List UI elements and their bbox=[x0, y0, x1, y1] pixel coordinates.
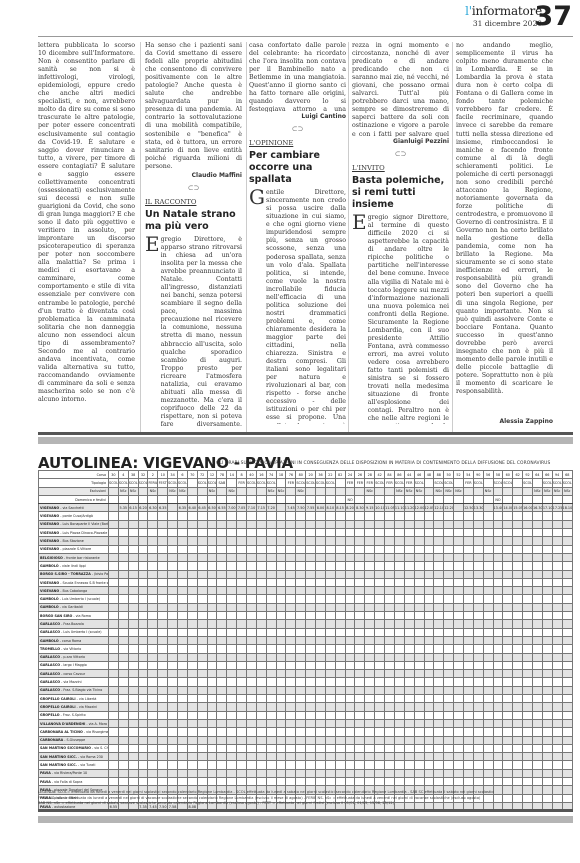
stop-name: GARLASCO - largo I Maggio bbox=[39, 661, 109, 669]
article-text: Ha senso che i pazienti sani da Covid sm… bbox=[145, 42, 242, 171]
timetable-stop-row: GARLASCO - Luis Umberto I (scuole) bbox=[39, 628, 573, 636]
section-band bbox=[38, 816, 573, 823]
stop-name: CARBONARA AL TICINO - via Risorgimento bbox=[39, 728, 109, 736]
timetable-stop-row: PAVIA - via Riviera/Ponte 10 bbox=[39, 769, 573, 777]
row-label: Esclusioni bbox=[39, 487, 109, 495]
stop-name: VIGEVANO - Luis Bonaparte Il Viale (Barb… bbox=[39, 520, 109, 528]
divider-ornament-icon: ⊂⊃ bbox=[352, 150, 449, 158]
timetable-stop-row: VIGEVANO - Bus Stazione bbox=[39, 537, 573, 545]
column-divider bbox=[140, 42, 141, 432]
stop-name: VIGEVANO - Bus Cabalonga bbox=[39, 587, 109, 595]
section-kicker: L'OPINIONE bbox=[249, 139, 346, 147]
divider-ornament-icon: ⊂⊃ bbox=[145, 184, 242, 192]
dropcap: E bbox=[352, 214, 367, 230]
timetable-header-row: TipologiaSCOLSCOLSCOLSCOLFERIALEFESTSCOL… bbox=[39, 479, 573, 487]
author-signature: Alessia Zappino bbox=[456, 418, 553, 426]
header-divider bbox=[38, 36, 573, 37]
stop-name: GARLASCO - Fraz. S.Biagio via Ticino bbox=[39, 686, 109, 694]
timetable-stop-row: VIGEVANO - Luis Piazza Dinaco-Piazzale V… bbox=[39, 529, 573, 537]
section-band bbox=[38, 437, 573, 444]
dropcap: E bbox=[145, 236, 160, 252]
bus-timetable: Corsa30438322103467072127814840167418768… bbox=[38, 470, 573, 811]
stop-name: SAN MARTINO SICCOMARIO - via S. Chiara bbox=[39, 744, 109, 752]
timetable-stop-row: GARLASCO - Fraz.Bozzola bbox=[39, 620, 573, 628]
stop-name: BORGO SAN SIRO - via Roma bbox=[39, 612, 109, 620]
article-cantino-col: casa confortato dalle parole del celebra… bbox=[249, 42, 346, 424]
timetable-stop-row: GARLASCO - via Mazzini bbox=[39, 678, 573, 686]
section-kicker: IL RACCONTO bbox=[145, 198, 242, 206]
timetable-stop-row: GAMBOLÒ - corso Roma bbox=[39, 636, 573, 644]
section-rule bbox=[38, 809, 573, 812]
timetable-stop-row: GROPELLO - Fraz. S.Spirito bbox=[39, 711, 573, 719]
stop-name: TROMELLO - via Vittorio bbox=[39, 645, 109, 653]
stop-name: CARBONARA - S.Giuseppe bbox=[39, 736, 109, 744]
stop-name: BORGO S.SIRO - TORRAZZA - (bivio Pavia) bbox=[39, 570, 109, 578]
stop-name: PAVIA - via Folla di Sopra bbox=[39, 777, 109, 785]
column-divider bbox=[348, 42, 349, 432]
timetable-stop-row: SAN MARTINO SICCOMARIO - via S. Chiara bbox=[39, 744, 573, 752]
timetable-stop-row: VIGEVANO - ponte Cusa/Ardigò bbox=[39, 512, 573, 520]
article-maffini-col2: Ha senso che i pazienti sani da Covid sm… bbox=[145, 42, 242, 426]
timetable-stop-row: BORGO SAN SIRO - via Roma bbox=[39, 612, 573, 620]
timetable-stop-row: GROPELLO CAIROLI - via Mazzini bbox=[39, 703, 573, 711]
timetable-stop-row: GARLASCO - largo I Maggio bbox=[39, 661, 573, 669]
timetable-stop-row: CARBONARA AL TICINO - via Risorgimento bbox=[39, 728, 573, 736]
timetable-stop-row: BELGIOIOSO - fronte bar ristorante bbox=[39, 553, 573, 561]
timetable-stop-row: BORGO S.SIRO - TORRAZZA - (bivio Pavia) bbox=[39, 570, 573, 578]
timetable-stop-row: GROPELLO CAIROLI - via Libertà bbox=[39, 695, 573, 703]
article-headline: Un Natale strano ma più vero bbox=[145, 209, 242, 233]
stop-name: VILLANOVA D'ARDENGHI - via A. Moro bbox=[39, 719, 109, 727]
article-text: lettera pubblicata lo scorso 10 dicembre… bbox=[38, 42, 135, 404]
stop-name: GARLASCO - Luis Umberto I (scuole) bbox=[39, 628, 109, 636]
article-text: no andando meglio, semplicemente il viru… bbox=[456, 42, 553, 417]
timetable-stop-row: VIGEVANO - Scuola Ennezzo S.B fronte scu… bbox=[39, 578, 573, 586]
stop-name: VIGEVANO - via Sacchetti bbox=[39, 504, 109, 512]
stop-name: GARLASCO - corso Cavour bbox=[39, 670, 109, 678]
stop-name: VIGEVANO - Bus Stazione bbox=[39, 537, 109, 545]
timetable-stop-row: GARLASCO - Fraz. S.Biagio via Ticino bbox=[39, 686, 573, 694]
article-zappino-col: no andando meglio, semplicemente il viru… bbox=[456, 42, 553, 426]
timetable-stop-row: TROMELLO - via Vittorio bbox=[39, 645, 573, 653]
stop-name: GARLASCO - via Mazzini bbox=[39, 678, 109, 686]
timetable-stop-row: GARLASCO - corso Cavour bbox=[39, 670, 573, 678]
timetable-stop-row: GAMBOLÒ - via Garibaldi bbox=[39, 603, 573, 611]
timetable-stop-row: SAN MARTINO SICC. - via Roma 230 bbox=[39, 753, 573, 761]
stop-name: PAVIA - via Riviera/Ponte 10 bbox=[39, 769, 109, 777]
stop-name: VIGEVANO - ponte Cusa/Ardigò bbox=[39, 512, 109, 520]
timetable-stop-row: VIGEVANO - Bus Cabalonga bbox=[39, 587, 573, 595]
stop-name: GAMBOLÒ - via Garibaldi bbox=[39, 603, 109, 611]
stop-name: GAMBOLÒ - viale lindi lippi bbox=[39, 562, 109, 570]
article-body: Egregio signor Direttore, al termine di … bbox=[352, 214, 449, 424]
stop-name: GAMBOLÒ - corso Roma bbox=[39, 636, 109, 644]
timetable-header-row: Corsa30438322103467072127814840167418768… bbox=[39, 471, 573, 479]
timetable-legend: LEGENDA: SCOL= effettuata da lunedì a ve… bbox=[38, 790, 578, 807]
article-body: Egregio Direttore, è apparso strano ritr… bbox=[145, 236, 242, 426]
stop-name: GROPELLO - Fraz. S.Spirito bbox=[39, 711, 109, 719]
article-text: rezza in ogni momento e circostanza, non… bbox=[352, 42, 449, 137]
stop-name: BELGIOIOSO - fronte bar ristorante bbox=[39, 553, 109, 561]
row-label: Tipologia bbox=[39, 479, 109, 487]
timetable-header-row: Domenica e festiviNONO bbox=[39, 495, 573, 503]
timetable-stop-row: GARLASCO - p.zza Vittorio bbox=[39, 653, 573, 661]
page-number: 37 bbox=[534, 2, 572, 32]
article-maffini-col1: lettera pubblicata lo scorso 10 dicembre… bbox=[38, 42, 135, 404]
stop-name: GARLASCO - p.zza Vittorio bbox=[39, 653, 109, 661]
issue-date: 31 dicembre 2020 bbox=[473, 19, 542, 28]
article-headline: Basta polemiche, si remi tutti insieme bbox=[352, 175, 449, 211]
row-label: Domenica e festivi bbox=[39, 495, 109, 503]
article-pezzini-col: rezza in ogni momento e circostanza, non… bbox=[352, 42, 449, 424]
author-signature: Luigi Cantino bbox=[249, 113, 346, 121]
stop-name: VIGEVANO - Luis Piazza Dinaco-Piazzale V… bbox=[39, 529, 109, 537]
stop-name: GROPELLO CAIROLI - via Libertà bbox=[39, 695, 109, 703]
column-divider bbox=[452, 42, 453, 432]
timetable-stop-row: PAVIA - via Folla di Sopra bbox=[39, 777, 573, 785]
article-text: casa confortato dalle parole del celebra… bbox=[249, 42, 346, 112]
timetable-stop-row: VIGEVANO - via Sacchetti5.356.156.206.30… bbox=[39, 504, 573, 512]
divider-ornament-icon: ⊂⊃ bbox=[249, 125, 346, 133]
article-headline: Per cambiare occorre una spallata bbox=[249, 150, 346, 186]
timetable-stop-row: VILLANOVA D'ARDENGHI - via A. Moro bbox=[39, 719, 573, 727]
section-kicker: L'INVITO bbox=[352, 164, 449, 172]
timetable-stop-row: CARBONARA - S.Giuseppe bbox=[39, 736, 573, 744]
timetable-stop-row: GAMBOLÒ - Luis Umberto I (scuole) bbox=[39, 595, 573, 603]
stop-name: SAN MARTINO SICC. - via Roma 230 bbox=[39, 753, 109, 761]
stop-name: SAN MARTINO SICC. - via Turati bbox=[39, 761, 109, 769]
timetable-note: GLI ORARI SUBISCONO VARIAZIONI IN CONSEG… bbox=[216, 461, 550, 466]
article-body: Gentile Direttore, sinceramente non cred… bbox=[249, 189, 346, 424]
timetable-stop-row: GAMBOLÒ - viale lindi lippi bbox=[39, 562, 573, 570]
timetable-stop-row: VIGEVANO - Luis Bonaparte Il Viale (Barb… bbox=[39, 520, 573, 528]
timetable-header-row: EsclusioniNScNScNScNScNScNScNScNScNScNSc… bbox=[39, 487, 573, 495]
author-signature: Gianluigi Pezzini bbox=[352, 138, 449, 146]
timetable-stop-row: SAN MARTINO SICC. - via Turati bbox=[39, 761, 573, 769]
column-divider bbox=[246, 42, 247, 432]
row-label: Corsa bbox=[39, 471, 109, 479]
masthead: l'informatore 31 dicembre 2020 37 bbox=[440, 2, 572, 36]
stop-name: GARLASCO - Fraz.Bozzola bbox=[39, 620, 109, 628]
author-signature: Claudio Maffini bbox=[145, 172, 242, 180]
stop-name: VIGEVANO - piazzale S.Vittore bbox=[39, 545, 109, 553]
newspaper-brand: l'informatore bbox=[465, 4, 542, 18]
section-rule bbox=[38, 432, 573, 435]
dropcap: G bbox=[249, 189, 265, 205]
stop-name: GROPELLO CAIROLI - via Mazzini bbox=[39, 703, 109, 711]
stop-name: VIGEVANO - Scuola Ennezzo S.B fronte scu… bbox=[39, 578, 109, 586]
stop-name: GAMBOLÒ - Luis Umberto I (scuole) bbox=[39, 595, 109, 603]
timetable-stop-row: VIGEVANO - piazzale S.Vittore bbox=[39, 545, 573, 553]
